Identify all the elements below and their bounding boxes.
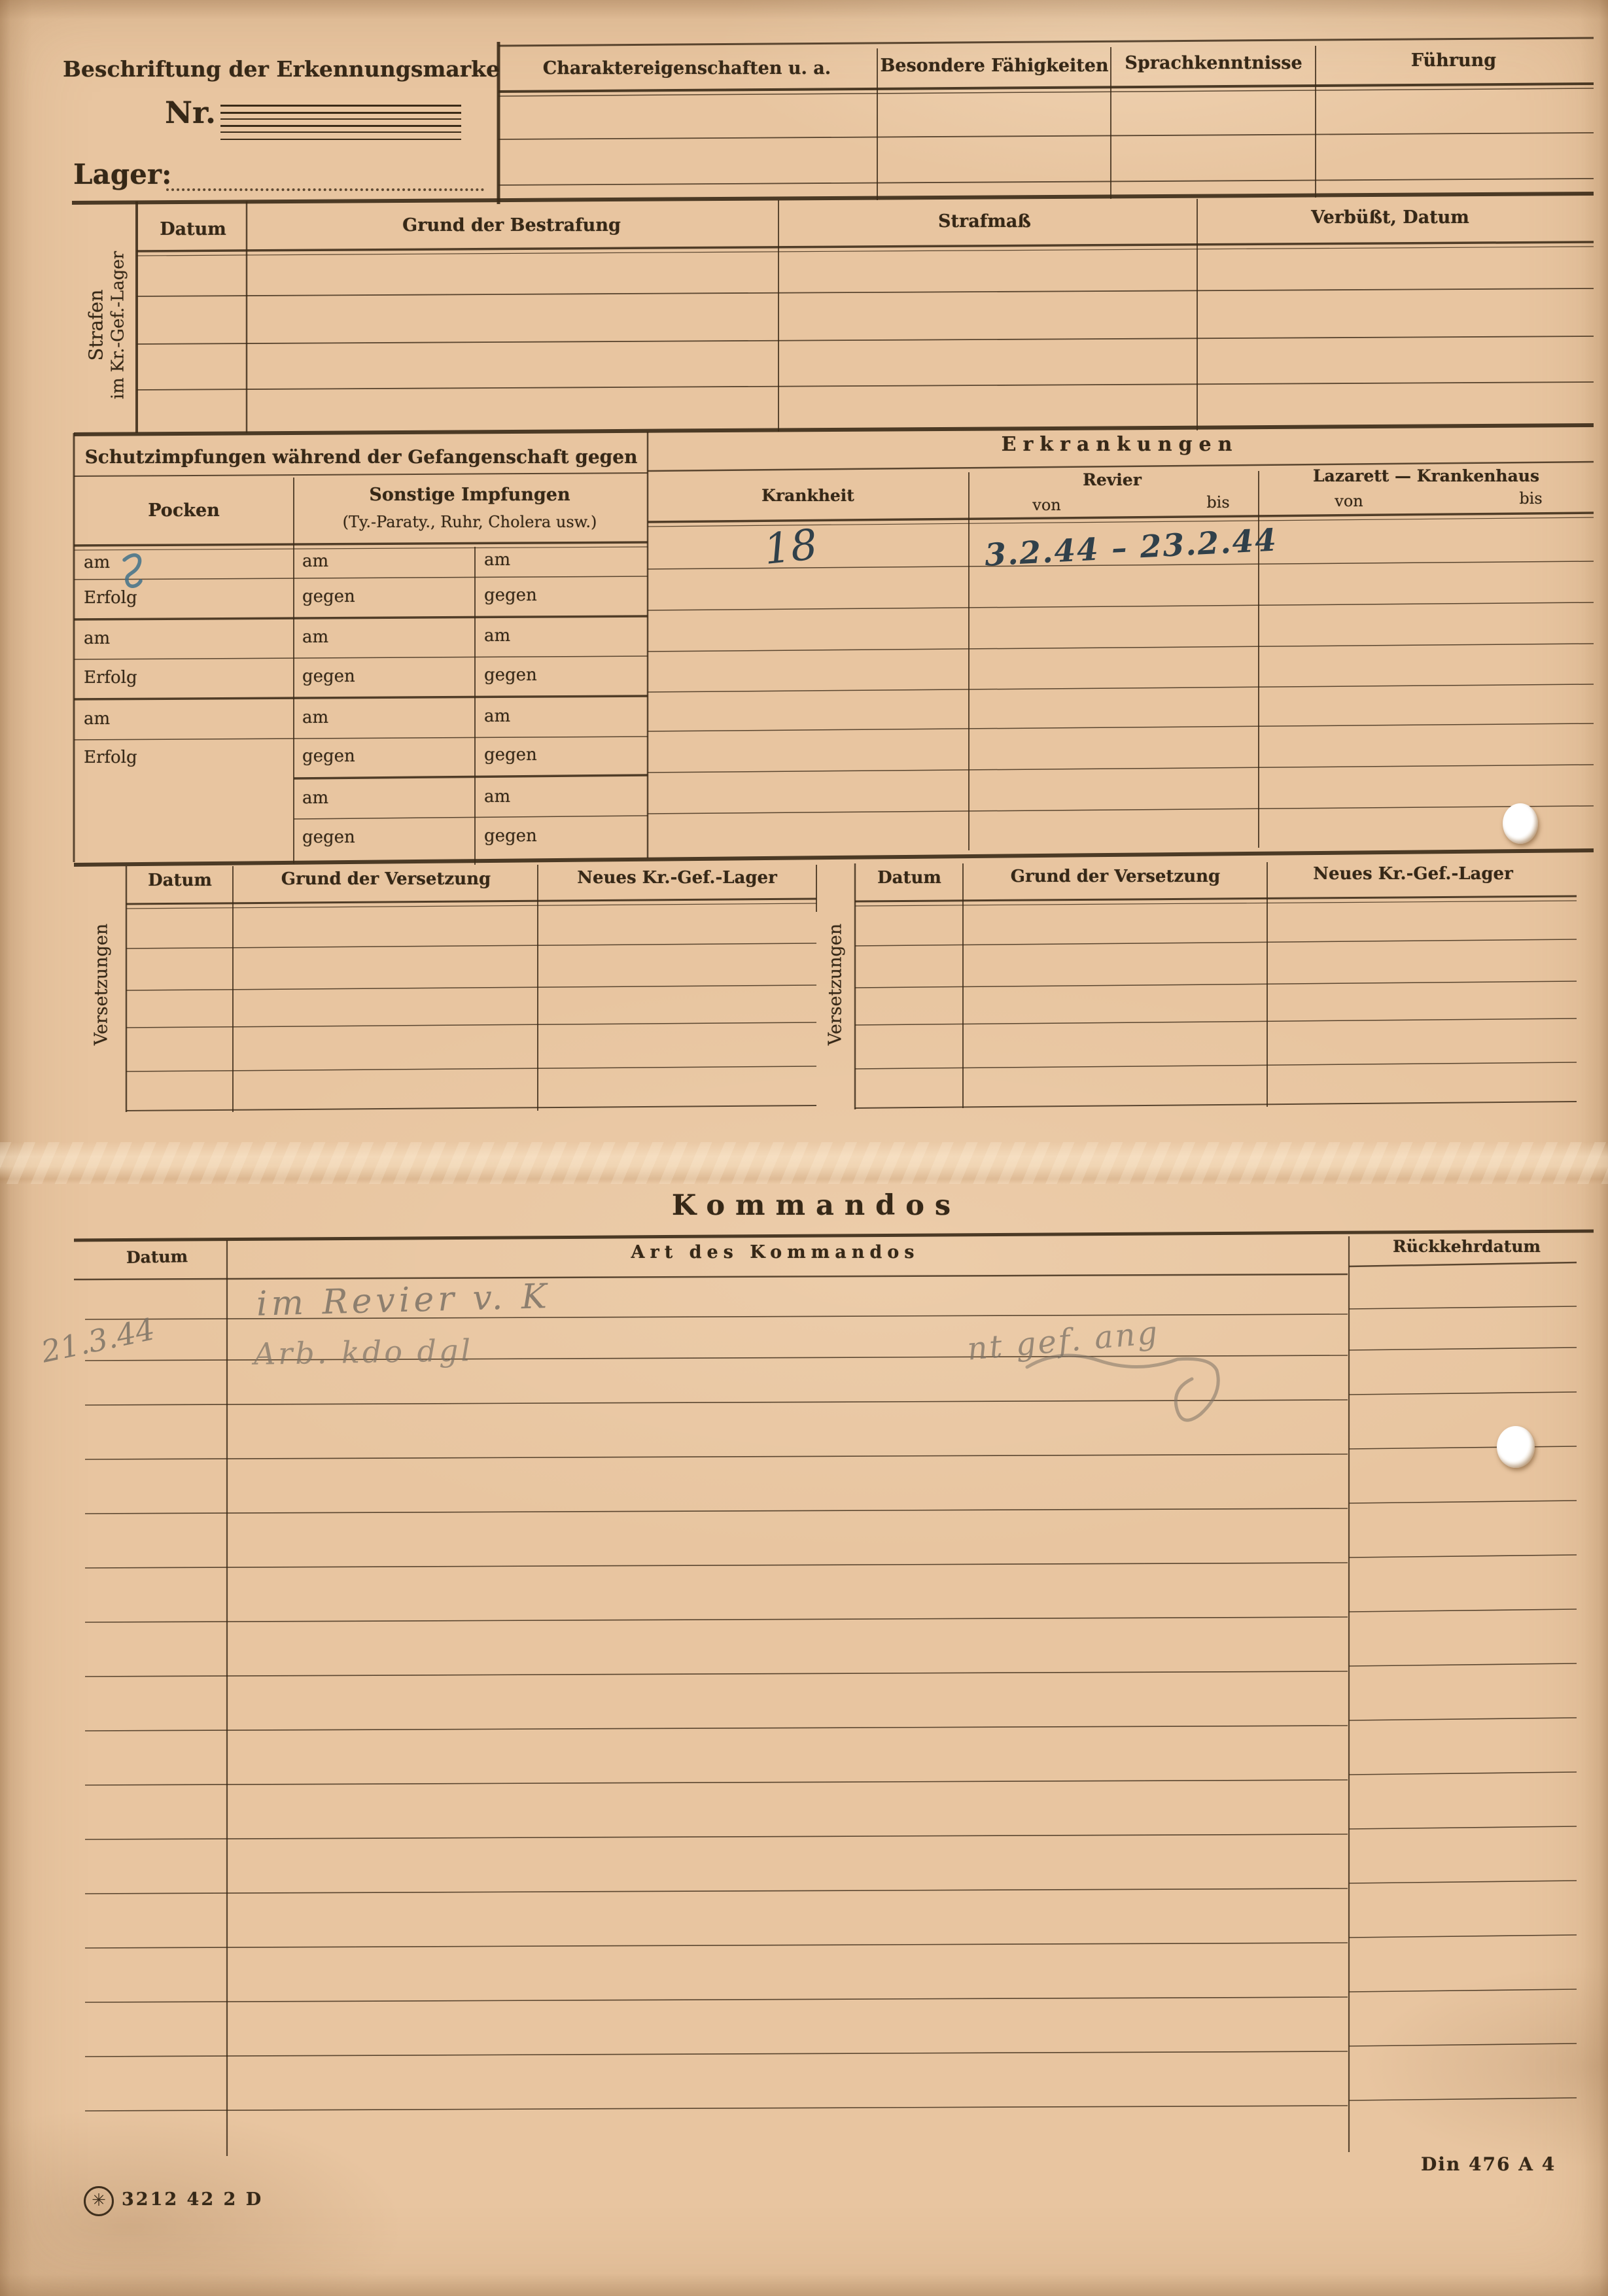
vacc-am-label: am xyxy=(484,707,510,725)
tag-inscription-title: Beschriftung der Erkennungsmarke xyxy=(63,58,500,81)
punishments-col-grund: Grund der Bestrafung xyxy=(402,216,621,235)
punishments-col-verbuesst: Verbüßt, Datum xyxy=(1311,208,1469,227)
vaccinations-col-pocken: Pocken xyxy=(148,501,220,520)
handwritten-blue-mark xyxy=(119,549,153,591)
vacc-am-label: am xyxy=(484,551,510,569)
punishments-col-datum: Datum xyxy=(160,220,226,239)
illness-col-revier: Revier xyxy=(1083,471,1142,489)
punch-hole xyxy=(1503,803,1538,844)
transfers-left-col-grund: Grund der Versetzung xyxy=(281,870,491,888)
vacc-erfolg-label: Erfolg xyxy=(84,589,137,607)
transfers-left-col-datum: Datum xyxy=(148,871,212,890)
camp-fill-in-line xyxy=(166,169,484,191)
vaccinations-col-sonstige: Sonstige Impfungen xyxy=(369,485,570,504)
pow-record-card: Beschriftung der Erkennungsmarke Nr. Lag… xyxy=(0,0,1608,2296)
punch-hole xyxy=(1497,1426,1535,1468)
traits-col-sprachkenntnisse: Sprachkenntnisse xyxy=(1125,54,1302,73)
kommandos-title: Kommandos xyxy=(672,1191,961,1221)
punishments-side-label: Strafen im Kr.-Gef.-Lager xyxy=(84,251,130,399)
fold-crease xyxy=(0,1142,1608,1184)
vaccinations-col-sonstige-sub: (Ty.-Paraty., Ruhr, Cholera usw.) xyxy=(343,514,597,531)
vacc-am-label: am xyxy=(484,627,510,645)
vacc-gegen-label: gegen xyxy=(484,666,537,684)
kommandos-col-datum: Datum xyxy=(126,1247,188,1266)
traits-col-faehigkeiten: Besondere Fähigkeiten xyxy=(880,56,1108,75)
vacc-am-label: am xyxy=(302,552,328,570)
vacc-am-label: am xyxy=(302,628,328,646)
handwritten-kommando-line2: Arb. kdo dgl xyxy=(254,1332,474,1372)
vacc-gegen-label: gegen xyxy=(484,746,537,764)
illness-revier-von: von xyxy=(1032,497,1060,514)
illness-lazarett-von: von xyxy=(1335,493,1363,510)
vacc-gegen-label: gegen xyxy=(484,827,537,845)
vacc-gegen-label: gegen xyxy=(484,586,537,604)
vacc-erfolg-label: Erfolg xyxy=(84,669,137,687)
kommandos-col-rueckkehrdatum: Rückkehrdatum xyxy=(1393,1238,1541,1255)
illness-lazarett-bis: bis xyxy=(1519,491,1542,508)
vacc-gegen-label: gegen xyxy=(302,747,355,765)
transfers-right-col-datum: Datum xyxy=(877,869,941,887)
transfers-left-col-neues-lager: Neues Kr.-Gef.-Lager xyxy=(577,869,777,887)
din-format-code: Din 476 A 4 xyxy=(1421,2155,1556,2174)
vacc-am-label: am xyxy=(484,788,510,806)
illness-col-lazarett: Lazarett — Krankenhaus xyxy=(1313,467,1539,485)
camp-label: Lager: xyxy=(73,160,171,189)
vacc-gegen-label: gegen xyxy=(302,587,355,606)
vacc-erfolg-label: Erfolg xyxy=(84,748,137,767)
tag-number-label: Nr. xyxy=(165,97,216,130)
punishments-col-strafmass: Strafmaß xyxy=(938,212,1031,231)
vaccinations-title: Schutzimpfungen während der Gefangenscha… xyxy=(85,447,638,467)
vacc-am-label: am xyxy=(84,629,110,648)
handwritten-illness-number: 18 xyxy=(761,521,820,574)
traits-col-charakter: Charaktereigenschaften u. a. xyxy=(543,59,831,78)
vacc-gegen-label: gegen xyxy=(302,828,355,846)
vacc-am-label: am xyxy=(302,708,328,727)
transfers-left-side-label: Versetzungen xyxy=(92,924,111,1045)
handwritten-kommando-line1: im Revier v. K xyxy=(256,1277,551,1324)
illness-revier-bis: bis xyxy=(1206,495,1229,512)
traits-col-fuehrung: Führung xyxy=(1411,51,1496,70)
printer-emblem-icon: ✳ xyxy=(84,2186,114,2216)
vacc-gegen-label: gegen xyxy=(302,667,355,686)
illness-title: Erkrankungen xyxy=(1002,434,1239,455)
kommandos-col-art: Art des Kommandos xyxy=(631,1243,920,1262)
transfers-right-col-neues-lager: Neues Kr.-Gef.-Lager xyxy=(1313,865,1513,883)
illness-col-krankheit: Krankheit xyxy=(761,487,854,504)
vacc-am-label: am xyxy=(84,553,110,572)
vacc-am-label: am xyxy=(84,710,110,728)
transfers-right-col-grund: Grund der Versetzung xyxy=(1011,867,1220,886)
transfers-right-side-label: Versetzungen xyxy=(826,924,845,1045)
print-code: 3212 42 2 D xyxy=(122,2190,263,2209)
handwritten-flourish xyxy=(1021,1341,1269,1433)
vacc-am-label: am xyxy=(302,789,328,807)
